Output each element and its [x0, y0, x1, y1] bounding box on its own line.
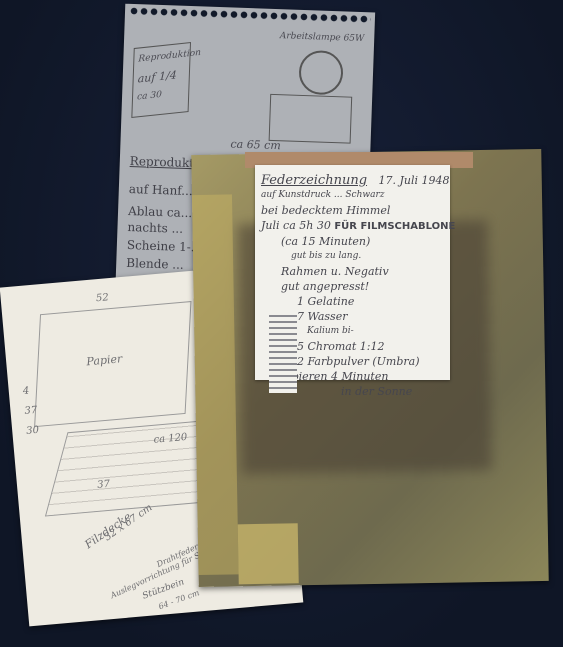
distance-label: ca 65 cm — [230, 137, 281, 152]
card-line: gut angepresst! — [261, 279, 444, 294]
card-line: (ca 15 Minuten) — [261, 234, 444, 249]
lamp-label: Arbeitslampe 65W — [280, 31, 365, 44]
dim-label-left: 4 — [22, 385, 29, 397]
note-card: Federzeichnung 17. Juli 1948 auf Kunstdr… — [255, 165, 450, 380]
dim-label-left: 37 — [24, 405, 38, 417]
card-line: Rahmen u. Negativ — [261, 264, 444, 279]
recipe-line: 5 Chromat 1:12 — [297, 339, 444, 354]
note-line: Ablau ca... — [128, 204, 193, 220]
lamp-sketch — [298, 50, 344, 96]
reproduction-box-sketch: Reproduktion auf 1/4 ca 30 — [131, 42, 191, 118]
card-line: bei bedecktem Himmel — [261, 203, 444, 218]
box-text-2: auf 1/4 — [137, 68, 177, 85]
note-line: Scheine 1-... — [127, 238, 203, 255]
tape-piece — [238, 523, 299, 584]
card-line: gut bis zu lang. — [261, 249, 444, 264]
note-line: nachts ... — [127, 220, 183, 236]
recipe-line: 1 Gelatine — [297, 294, 444, 309]
recipe-line: Kalium bi- — [297, 324, 444, 339]
dim-label-left: 30 — [26, 425, 40, 437]
card-date: 17. Juli 1948 — [379, 174, 450, 187]
recipe-line: 7 Wasser — [297, 309, 444, 324]
box-label: 37 — [97, 479, 111, 491]
card-title: Federzeichnung — [261, 173, 367, 188]
box-text-3: ca 30 — [137, 90, 162, 103]
layer-stack-sketch — [269, 313, 297, 393]
card-line: auf Kunstdruck ... Schwarz — [261, 188, 444, 203]
card-caps: FÜR FILMSCHABLONE — [334, 221, 455, 232]
box-text-1: Reproduktion — [138, 48, 201, 65]
dim-label-top: 52 — [96, 292, 110, 304]
card-line: Juli ca 5h 30 — [261, 219, 331, 232]
recipe-line: 2 Farbpulver (Umbra) — [297, 354, 444, 369]
camera-sketch — [269, 94, 353, 144]
tape-strip — [192, 194, 239, 575]
note-line: auf Hanf... — [129, 182, 193, 198]
note-line: Blende ... — [126, 256, 184, 272]
